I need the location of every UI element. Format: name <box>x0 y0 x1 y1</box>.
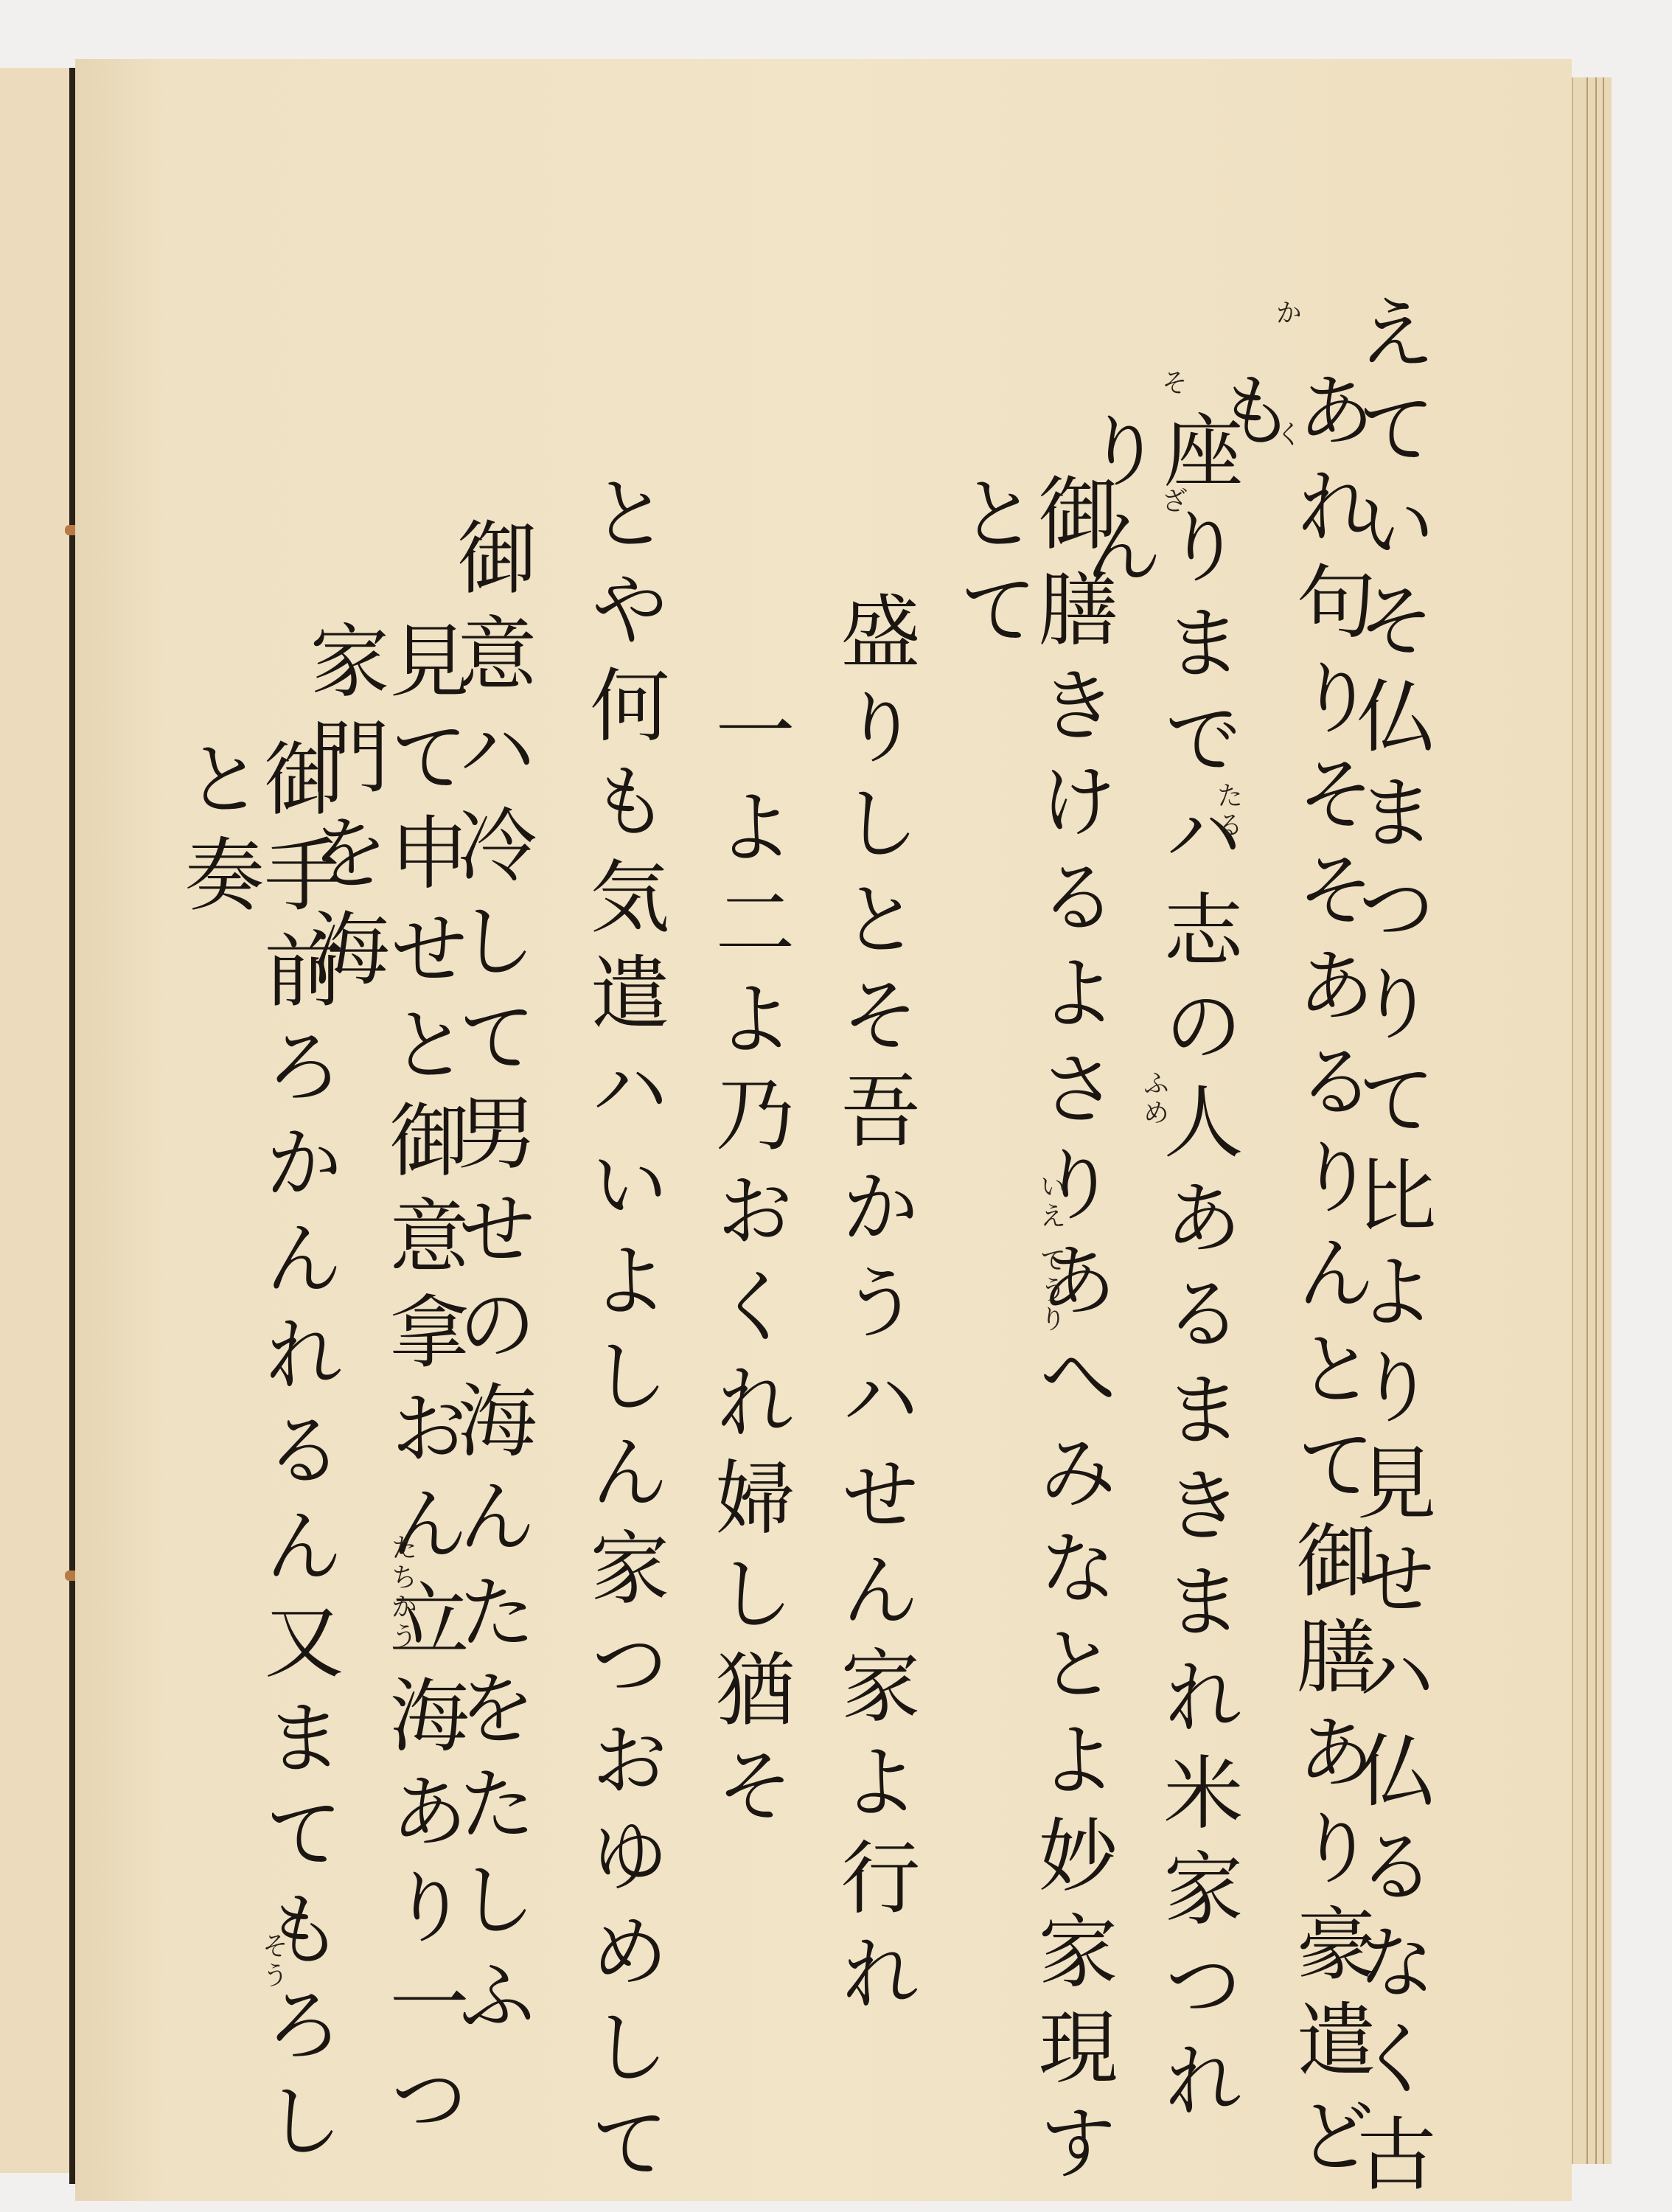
ruby-annotation: いえ <box>1032 1172 1070 1231</box>
text-column-7: とや何も気遣ハいよしん家つおゆめして <box>582 472 662 2197</box>
text-column-4: 御膳きけるよさりあへみなとよ妙家現すとて <box>951 472 1110 2212</box>
ruby-annotation: そう <box>254 1932 292 1991</box>
ruby-annotation: か <box>1268 299 1306 328</box>
ruby-annotation: たちかう <box>383 1534 421 1652</box>
facing-left-page <box>0 68 71 2173</box>
ruby-annotation: そ <box>1154 369 1191 398</box>
text-column-10: 御手前ろかんれるん又まてもろしと奏 <box>177 737 336 2212</box>
text-column-5: 盛りしとそ吾かうハせん家よ行れ <box>833 590 913 2028</box>
page-stack-edge <box>1572 77 1612 2164</box>
ruby-annotation: たる <box>1209 782 1247 841</box>
ruby-annotation: く <box>1268 420 1306 450</box>
text-column-6: 一よ二よ乃おくれ婦し猶そ <box>708 689 787 1840</box>
book-gutter <box>69 68 75 2184</box>
ruby-annotation: てうり <box>1032 1246 1070 1335</box>
ruby-annotation: ふめ <box>1135 1069 1173 1128</box>
ruby-annotation: ざ <box>1154 487 1191 516</box>
